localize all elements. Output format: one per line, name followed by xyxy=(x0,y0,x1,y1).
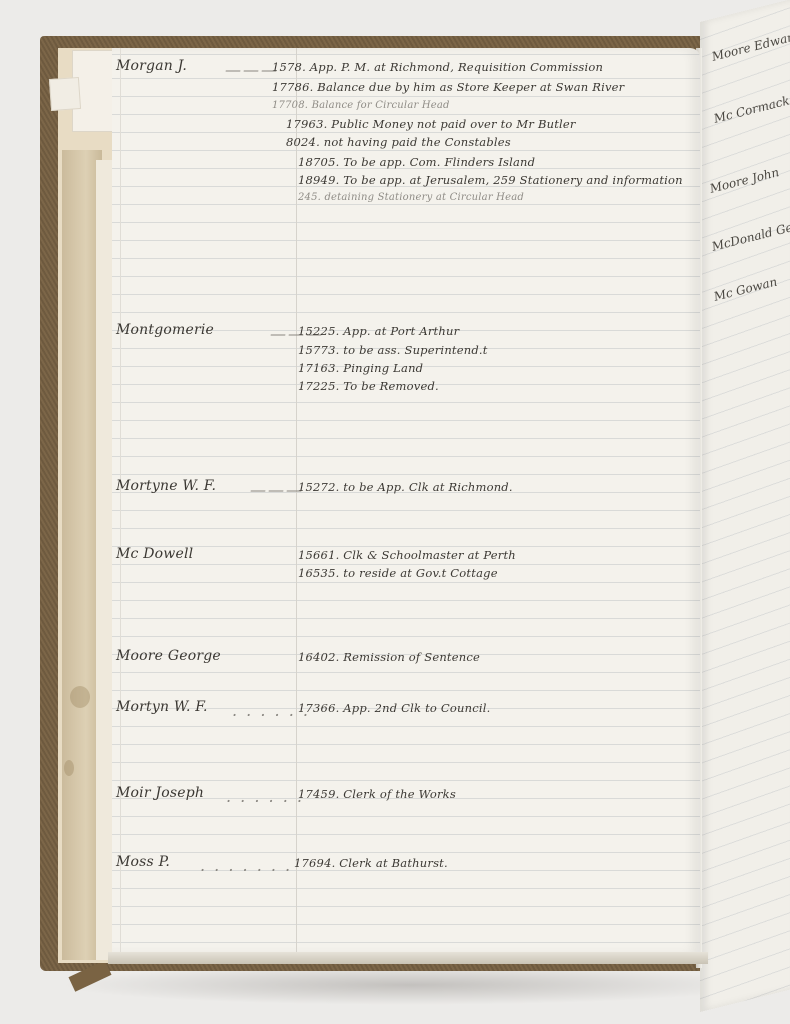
entry-name: Mc Dowell xyxy=(116,546,193,562)
entry-name: Mortyne W. F. xyxy=(116,478,216,494)
entry-line: 8024. not having paid the Constables xyxy=(286,135,511,149)
entry-name: Moir Joseph xyxy=(116,785,204,801)
index-tab-folded xyxy=(49,77,81,111)
left-margin-rule xyxy=(120,48,121,954)
entry-line: 15773. to be ass. Superintend.t xyxy=(298,343,488,357)
entry-line: 15272. to be App. Clk at Richmond. xyxy=(298,480,513,494)
entry-leader: . . . . . . xyxy=(226,787,304,806)
entry-line: 18705. To be app. Com. Flinders Island xyxy=(298,155,535,169)
entry-line: 17163. Pinging Land xyxy=(298,361,423,375)
entry-name: Montgomerie xyxy=(116,322,214,338)
entry-line: 17694. Clerk at Bathurst. xyxy=(294,856,448,870)
entry-line: 16535. to reside at Gov.t Cottage xyxy=(298,566,498,580)
page-block-bottom xyxy=(108,952,708,964)
entry-leader: ——— xyxy=(225,60,279,79)
entry-line: 17459. Clerk of the Works xyxy=(298,787,456,801)
entry-line: 16402. Remission of Sentence xyxy=(298,650,480,664)
entry-line: 18949. To be app. at Jerusalem, 259 Stat… xyxy=(298,173,683,187)
entry-line: 17225. To be Removed. xyxy=(298,379,439,393)
column-rule xyxy=(296,48,297,954)
entry-name: Mortyn W. F. xyxy=(116,699,208,715)
entry-name: Moore George xyxy=(116,648,221,664)
facing-page xyxy=(700,0,790,1012)
entry-leader: . . . . . . . xyxy=(200,856,292,875)
stain-spot xyxy=(64,760,74,776)
stain-spot xyxy=(70,686,90,708)
entry-line: 15225. App. at Port Arthur xyxy=(298,324,459,338)
entry-name: Morgan J. xyxy=(116,58,187,74)
entry-line: 1578. App. P. M. at Richmond, Requisitio… xyxy=(272,60,603,74)
entry-line: 245. detaining Stationery at Circular He… xyxy=(298,192,524,203)
entry-line: 17708. Balance for Circular Head xyxy=(272,100,450,111)
entry-line: 17366. App. 2nd Clk to Council. xyxy=(298,701,490,715)
entry-line: 15661. Clk & Schoolmaster at Perth xyxy=(298,548,516,562)
entry-line: 17963. Public Money not paid over to Mr … xyxy=(286,117,576,131)
entry-leader: ——— xyxy=(250,480,304,499)
table-shadow xyxy=(60,965,760,1005)
entry-line: 17786. Balance due by him as Store Keepe… xyxy=(272,80,624,94)
entry-name: Moss P. xyxy=(116,854,170,870)
